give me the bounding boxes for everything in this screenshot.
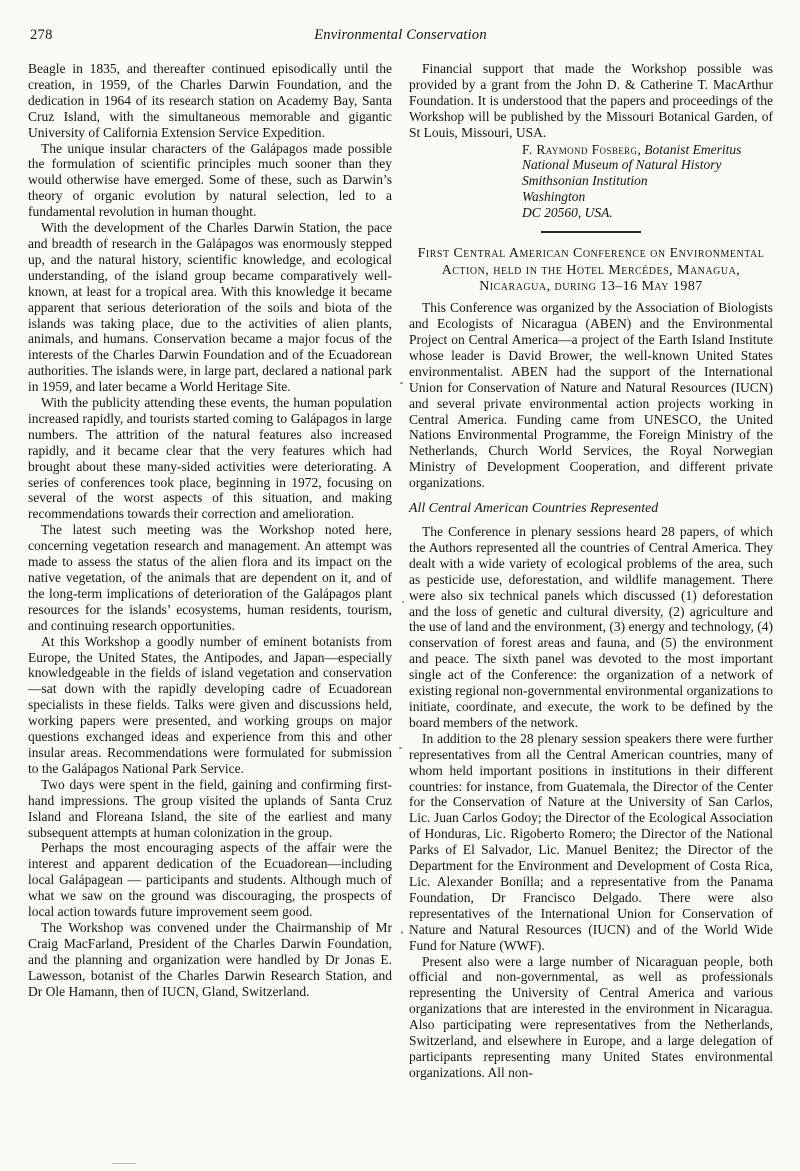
author-title: , Botanist Emeritus	[637, 142, 741, 157]
paragraph: Perhaps the most encouraging aspects of …	[28, 840, 392, 920]
paragraph: With the development of the Charles Darw…	[28, 220, 392, 395]
paragraph: At this Workshop a goodly number of emin…	[28, 634, 392, 777]
author-name: F. Raymond Fosberg	[522, 142, 637, 157]
paragraph: The latest such meeting was the Workshop…	[28, 522, 392, 633]
two-column-body: Beagle in 1835, and thereafter continued…	[28, 61, 773, 1081]
journal-page: 278 Environmental Conservation Beagle in…	[0, 0, 800, 1171]
paragraph: With the publicity attending these event…	[28, 395, 392, 522]
signature-address-line: National Museum of Natural History	[522, 157, 773, 173]
signature-address-line: Smithsonian Institution	[522, 173, 773, 189]
section-heading: First Central American Conference on Env…	[409, 246, 773, 296]
paragraph: The unique insular characters of the Gal…	[28, 141, 392, 221]
signature-name-line: F. Raymond Fosberg, Botanist Emeritus	[522, 142, 773, 158]
paragraph: Financial support that made the Workshop…	[409, 61, 773, 141]
paragraph: This Conference was organized by the Ass…	[409, 300, 773, 491]
left-column: Beagle in 1835, and thereafter continued…	[28, 61, 392, 1081]
paragraph: Two days were spent in the field, gainin…	[28, 777, 392, 841]
signature-address-line: Washington	[522, 189, 773, 205]
signature-block: F. Raymond Fosberg, Botanist Emeritus Na…	[522, 142, 773, 222]
scan-speck	[401, 931, 403, 934]
signature-address-line: DC 20560, USA.	[522, 205, 773, 221]
scan-speck	[402, 601, 404, 603]
scan-speck	[400, 382, 403, 384]
section-divider	[541, 231, 641, 233]
scan-artifact-line	[112, 1163, 136, 1164]
paragraph: The Workshop was convened under the Chai…	[28, 920, 392, 1000]
paragraph: The Conference in plenary sessions heard…	[409, 524, 773, 731]
paragraph: Present also were a large number of Nica…	[409, 954, 773, 1081]
right-column: Financial support that made the Workshop…	[409, 61, 773, 1081]
journal-title: Environmental Conservation	[28, 27, 773, 44]
paragraph: In addition to the 28 plenary session sp…	[409, 731, 773, 954]
scan-speck	[399, 747, 402, 749]
paragraph: Beagle in 1835, and thereafter continued…	[28, 61, 392, 141]
page-header: 278 Environmental Conservation	[28, 27, 773, 47]
subsection-heading: All Central American Countries Represent…	[409, 501, 773, 517]
